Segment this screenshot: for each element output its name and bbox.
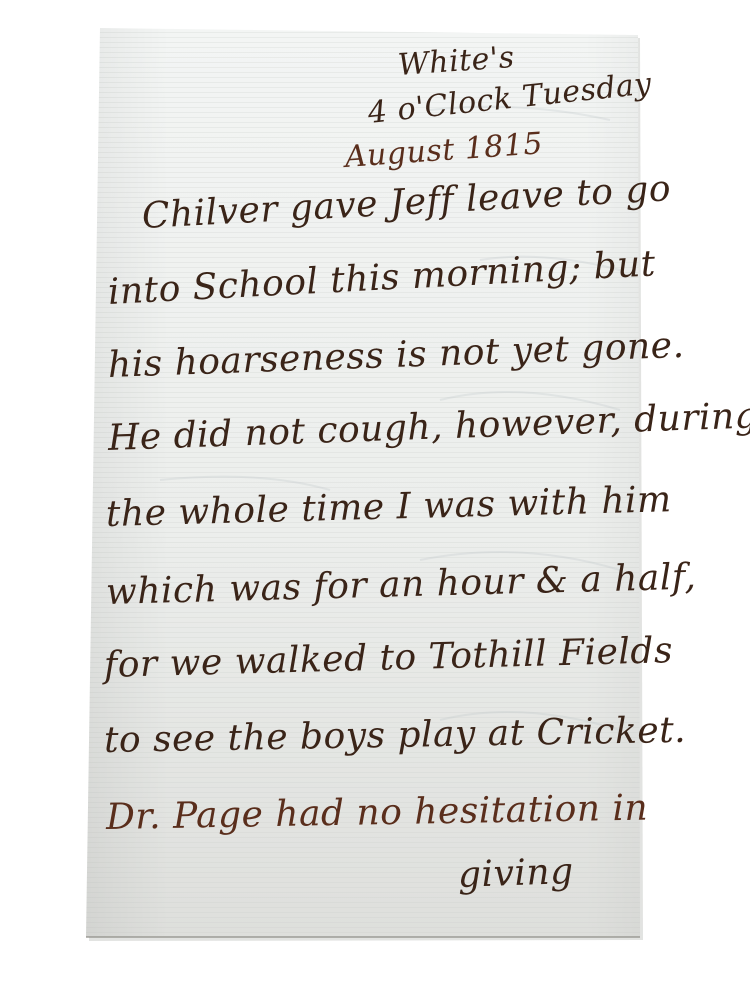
letter-photo: White's 4 o'Clock Tuesday August 1815 Ch…	[0, 0, 750, 1000]
catchword: giving	[457, 851, 574, 896]
